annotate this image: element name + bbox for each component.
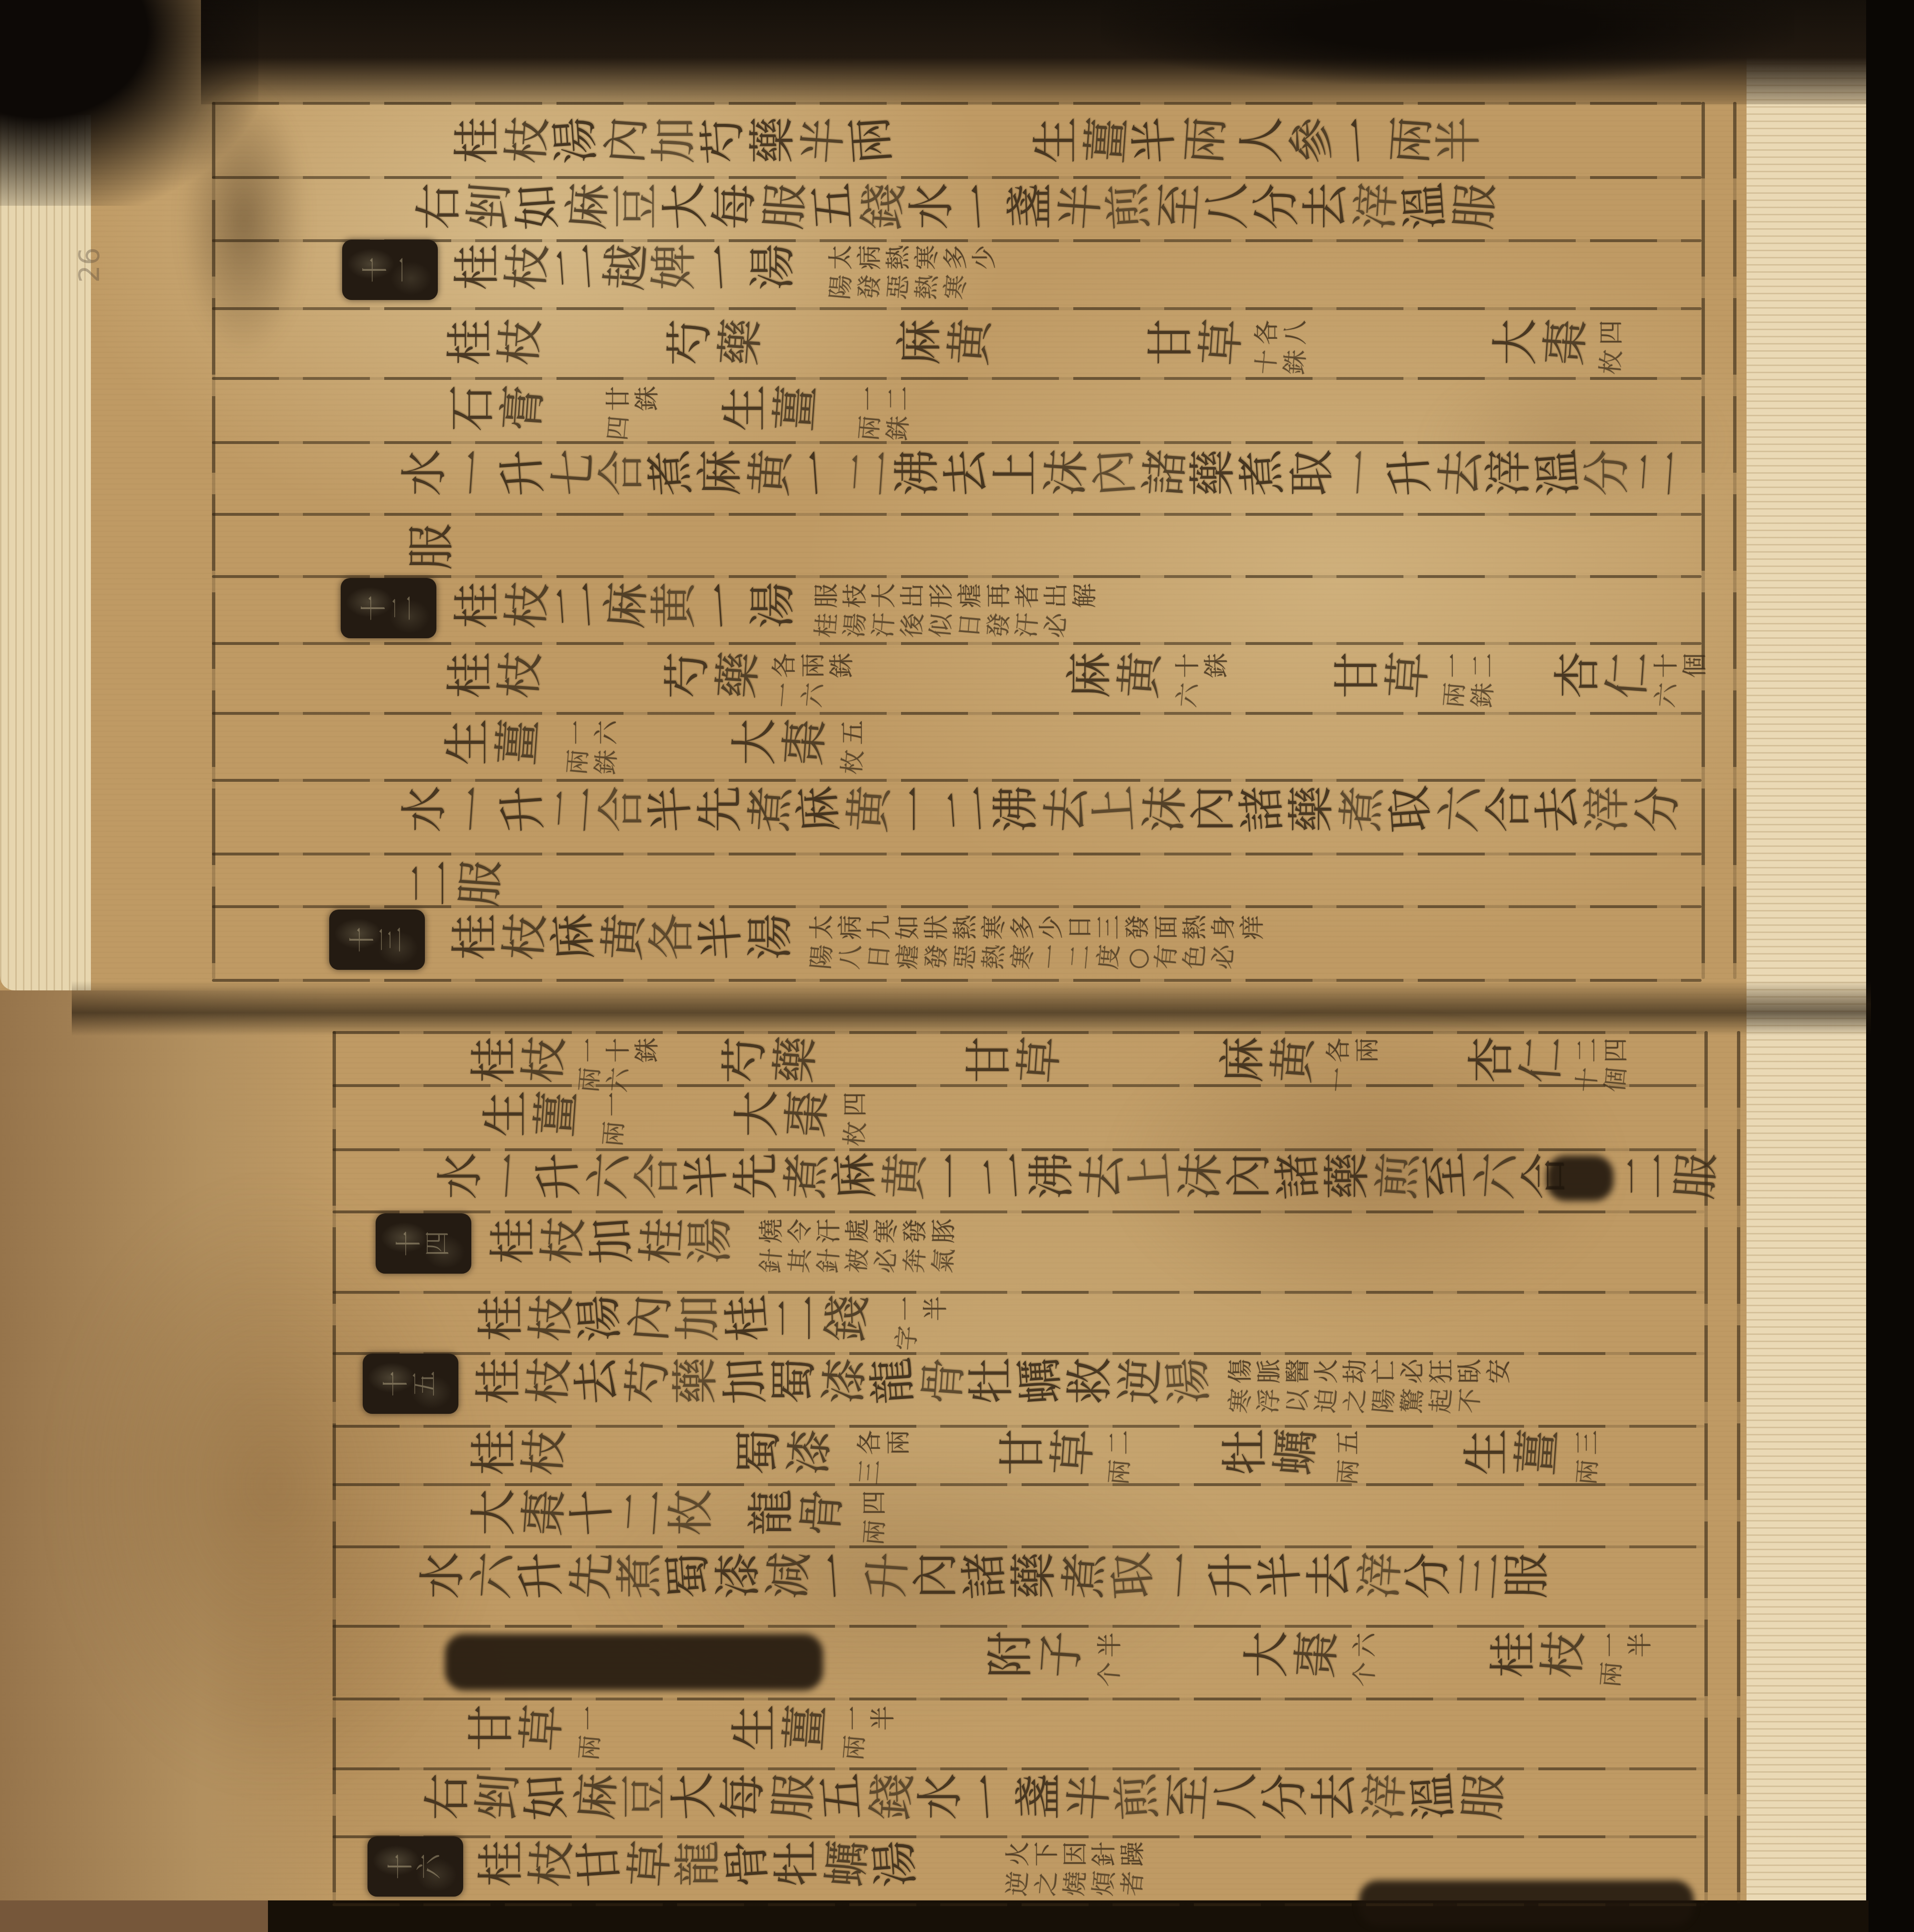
han-character: 去 bbox=[1309, 1774, 1361, 1820]
text-run: 水六升先煮蜀漆減一升內諸藥煮取一升半去滓分三服 bbox=[420, 1550, 1550, 1602]
han-character-small: 令 bbox=[787, 1215, 816, 1244]
han-character: 桂 bbox=[721, 1294, 775, 1343]
han-character-small: 十 bbox=[605, 1034, 634, 1063]
han-character: 桂 bbox=[488, 1218, 539, 1264]
ink-smudge bbox=[1547, 1155, 1614, 1201]
han-character: 生 bbox=[480, 1091, 532, 1137]
han-character: 內 bbox=[910, 1553, 962, 1599]
han-character: 諸 bbox=[958, 1551, 1013, 1600]
han-character-small: 針 bbox=[1091, 1838, 1120, 1866]
han-character-small: 驚 bbox=[1398, 1383, 1430, 1414]
han-character-small: 兩 bbox=[840, 1730, 872, 1761]
han-character-small: 一 bbox=[600, 1088, 630, 1117]
han-character-small: 兩 bbox=[599, 1116, 631, 1147]
han-character: 杏 bbox=[1466, 1037, 1518, 1083]
han-character: 芍 bbox=[720, 1037, 771, 1083]
han-character-small: 一 bbox=[576, 1702, 606, 1731]
han-character: 漆 bbox=[783, 1428, 838, 1477]
small-annotation: 一兩 bbox=[601, 1088, 629, 1147]
han-character: 麻 bbox=[1217, 1037, 1269, 1083]
han-character-small: 醫 bbox=[1284, 1355, 1314, 1384]
han-character: 草 bbox=[1046, 1428, 1101, 1477]
han-character-small: 發 bbox=[901, 1215, 931, 1244]
han-character-small: 不 bbox=[1456, 1383, 1488, 1414]
han-character-small: 五 bbox=[1335, 1426, 1364, 1455]
han-character: 薑 bbox=[530, 1090, 584, 1139]
han-character: 枚 bbox=[666, 1490, 717, 1536]
han-character: 分 bbox=[1402, 1551, 1456, 1600]
han-character-small: 陽 bbox=[1369, 1383, 1402, 1414]
text-run: 大棗 bbox=[1244, 1629, 1339, 1681]
seal-stamp: 十四 bbox=[376, 1213, 471, 1274]
seal-glyph: 十 bbox=[396, 1231, 422, 1256]
han-character: 水 bbox=[915, 1774, 967, 1820]
text-run: 大棗十二枚 bbox=[471, 1487, 714, 1539]
han-character: 生 bbox=[729, 1705, 781, 1751]
han-character-small: 因 bbox=[1062, 1838, 1091, 1866]
han-character: 牡 bbox=[966, 1358, 1018, 1404]
han-character: 甘 bbox=[964, 1037, 1015, 1083]
han-character: 內 bbox=[623, 1294, 678, 1344]
han-character: 子 bbox=[1035, 1631, 1089, 1680]
han-character: 桂 bbox=[476, 1296, 527, 1342]
han-character: 十 bbox=[566, 1488, 620, 1537]
han-character: 加 bbox=[585, 1216, 639, 1266]
han-character: 麻 bbox=[828, 1152, 882, 1201]
ruled-line bbox=[333, 1625, 1704, 1628]
han-character: 先 bbox=[565, 1552, 620, 1601]
han-character: 去 bbox=[1304, 1553, 1356, 1599]
han-character-small: 各 bbox=[1325, 1034, 1355, 1063]
han-character-small: 兩 bbox=[885, 1426, 914, 1455]
small-annotation: 一兩十六銖 bbox=[577, 1033, 663, 1093]
han-character: 水 bbox=[417, 1553, 469, 1599]
han-character: 六 bbox=[583, 1152, 637, 1201]
han-character: 附 bbox=[985, 1632, 1037, 1678]
han-character: 一 bbox=[1157, 1552, 1211, 1601]
han-character-small: 兩 bbox=[1354, 1034, 1383, 1063]
small-annotation: 一兩 bbox=[577, 1701, 605, 1761]
han-character-small: 起 bbox=[1427, 1383, 1459, 1414]
han-character: 服 bbox=[1669, 1152, 1724, 1201]
han-character-small: 六 bbox=[1351, 1629, 1381, 1657]
han-character-small: 一 bbox=[1324, 1062, 1356, 1093]
han-character-small: 兩 bbox=[1573, 1455, 1605, 1486]
text-run: 右剉如麻豆大每服五錢水一盞半煎至八分去滓溫服 bbox=[425, 1771, 1506, 1823]
han-character-small: 浮 bbox=[1255, 1383, 1287, 1414]
han-character-small: 針 bbox=[814, 1243, 846, 1274]
text-run: 甘草 bbox=[469, 1702, 564, 1754]
han-character-small: 被 bbox=[843, 1243, 875, 1274]
han-character: 大 bbox=[667, 1772, 722, 1821]
han-character: 薑 bbox=[779, 1704, 833, 1753]
small-annotation: 六个 bbox=[1352, 1628, 1380, 1688]
han-character: 草 bbox=[623, 1840, 678, 1889]
small-annotation: 一兩半 bbox=[1598, 1628, 1656, 1688]
han-character-small: 狂 bbox=[1428, 1355, 1458, 1384]
text-run: 桂枝甘草龍骨牡蠣湯 bbox=[478, 1838, 919, 1890]
han-character: 藥 bbox=[769, 1036, 823, 1085]
text-run: 大棗 bbox=[734, 1088, 830, 1140]
han-character-small: 銖 bbox=[634, 1034, 663, 1063]
han-character: 分 bbox=[1258, 1772, 1313, 1821]
ruled-line bbox=[333, 1545, 1704, 1548]
han-character: 蠣 bbox=[1269, 1428, 1324, 1477]
han-character: 生 bbox=[1461, 1430, 1513, 1476]
frame-line bbox=[1737, 1031, 1740, 1903]
text-run: 麻黄 bbox=[1220, 1034, 1315, 1086]
han-character-small: 火 bbox=[1004, 1838, 1034, 1866]
small-annotation: 各三兩 bbox=[857, 1426, 914, 1485]
text-run: 蜀漆 bbox=[737, 1427, 832, 1478]
han-character: 大 bbox=[732, 1091, 783, 1137]
han-character: 上 bbox=[1124, 1152, 1178, 1201]
small-annotation: 五兩 bbox=[1335, 1426, 1364, 1485]
han-character: 救 bbox=[1065, 1358, 1116, 1404]
han-character: 黄 bbox=[1267, 1036, 1321, 1085]
han-character-small: 針 bbox=[757, 1243, 789, 1274]
han-character: 薑 bbox=[1511, 1428, 1565, 1477]
small-annotation: 二兩 bbox=[1106, 1426, 1135, 1485]
han-character: 五 bbox=[815, 1772, 869, 1821]
han-character: 盞 bbox=[1013, 1774, 1065, 1820]
han-character: 桂 bbox=[468, 1430, 520, 1476]
han-character: 一 bbox=[810, 1551, 865, 1600]
text-run: 附子 bbox=[988, 1629, 1083, 1681]
han-character: 右 bbox=[422, 1774, 474, 1820]
text-run: 甘草 bbox=[967, 1034, 1062, 1086]
han-character-small: 脈 bbox=[1256, 1355, 1285, 1384]
han-character-small: 字 bbox=[892, 1321, 924, 1352]
small-annotation: 半个 bbox=[1097, 1628, 1125, 1688]
han-character: 枝 bbox=[518, 1428, 572, 1477]
han-character: 牡 bbox=[1220, 1430, 1271, 1476]
han-character: 桂 bbox=[1488, 1632, 1539, 1678]
han-character-small: 一 bbox=[576, 1034, 606, 1063]
han-character: 一 bbox=[963, 1772, 1017, 1821]
han-character-small: 半 bbox=[1096, 1629, 1126, 1657]
han-character: 取 bbox=[1106, 1551, 1160, 1600]
han-character-small: 汗 bbox=[815, 1215, 845, 1244]
han-character-small: 處 bbox=[844, 1215, 874, 1244]
han-character-small: 奔 bbox=[901, 1243, 933, 1274]
han-character-small: 各 bbox=[856, 1426, 886, 1455]
han-character-small: 氣 bbox=[929, 1243, 961, 1274]
han-character: 內 bbox=[1224, 1154, 1275, 1199]
han-character: 甘 bbox=[466, 1705, 518, 1751]
han-character: 蜀 bbox=[769, 1358, 821, 1404]
han-character-small: 兩 bbox=[1105, 1455, 1137, 1486]
han-character: 錢 bbox=[866, 1773, 920, 1822]
han-character: 煮 bbox=[614, 1553, 666, 1599]
ruled-line bbox=[333, 1210, 1704, 1213]
han-character-small: 豚 bbox=[930, 1215, 960, 1244]
small-annotation: 四兩 bbox=[861, 1486, 890, 1545]
ruled-line bbox=[333, 1903, 1704, 1906]
han-character-small: 一 bbox=[1598, 1629, 1627, 1657]
han-character: 錢 bbox=[821, 1294, 875, 1344]
han-character: 蜀 bbox=[734, 1430, 786, 1476]
han-character-small: 火 bbox=[1313, 1355, 1343, 1384]
ruled-line bbox=[333, 1698, 1704, 1700]
text-run: 桂枝去芍藥加蜀漆龍骨牡蠣救逆湯 bbox=[476, 1355, 1212, 1407]
seal-stamp: 十六 bbox=[367, 1836, 463, 1897]
han-character: 二 bbox=[976, 1152, 1030, 1201]
han-character: 蠣 bbox=[1014, 1356, 1068, 1406]
han-character: 枝 bbox=[518, 1036, 572, 1085]
han-character: 三 bbox=[1452, 1552, 1507, 1601]
han-character: 枝 bbox=[1537, 1631, 1591, 1680]
text-run: 芍藥 bbox=[723, 1034, 818, 1086]
text-run: 桂枝 bbox=[471, 1427, 567, 1478]
han-character-small: 一 bbox=[841, 1702, 870, 1731]
han-character-small: 傷 bbox=[1227, 1355, 1257, 1384]
frame-line bbox=[333, 1031, 336, 1903]
han-character: 升 bbox=[861, 1552, 915, 1601]
han-character: 桂 bbox=[468, 1037, 520, 1083]
han-character-small: 寒 bbox=[1226, 1383, 1258, 1414]
small-annotation: 四枚 bbox=[842, 1088, 871, 1147]
han-character: 加 bbox=[718, 1356, 773, 1406]
han-character: 牡 bbox=[771, 1841, 823, 1887]
han-character: 服 bbox=[1502, 1553, 1553, 1599]
text-run: 桂枝 bbox=[471, 1034, 567, 1086]
han-character: 甘 bbox=[997, 1430, 1049, 1476]
han-character-small: 三 bbox=[1574, 1426, 1603, 1455]
han-character: 龍 bbox=[673, 1841, 724, 1887]
han-character: 諸 bbox=[1271, 1152, 1326, 1201]
han-character: 豆 bbox=[619, 1774, 671, 1820]
small-annotation: 火逆下之因燒針煩躁者 bbox=[1005, 1837, 1148, 1897]
han-character: 桂 bbox=[473, 1358, 525, 1404]
han-character: 草 bbox=[1013, 1036, 1068, 1085]
text-run: 水一升六合半先煮麻黄一二沸去上沫內諸藥煎至六合 bbox=[438, 1151, 1568, 1202]
seal-glyph: 四 bbox=[425, 1231, 451, 1256]
han-character: 每 bbox=[718, 1774, 769, 1820]
han-character-small: 半 bbox=[922, 1292, 952, 1321]
han-character-small: 必 bbox=[1399, 1355, 1429, 1384]
han-character-small: 四 bbox=[1602, 1034, 1632, 1063]
han-character: 如 bbox=[519, 1772, 574, 1821]
han-character: 半 bbox=[1254, 1551, 1308, 1600]
han-character-small: 半 bbox=[869, 1702, 899, 1731]
han-character-small: 枚 bbox=[841, 1116, 873, 1147]
han-character-small: 逆 bbox=[1003, 1866, 1035, 1897]
han-character-small: 以 bbox=[1283, 1383, 1315, 1414]
seal-stamp: 十五 bbox=[363, 1354, 458, 1414]
han-character: 藥 bbox=[670, 1358, 722, 1404]
han-character-small: 個 bbox=[1602, 1062, 1634, 1093]
han-character-small: 四 bbox=[861, 1487, 890, 1515]
han-character-small: 兩 bbox=[1334, 1455, 1366, 1486]
han-character: 去 bbox=[570, 1356, 625, 1406]
han-character-small: 煩 bbox=[1090, 1866, 1122, 1897]
han-character: 藥 bbox=[1009, 1553, 1060, 1599]
text-run: 生薑 bbox=[1464, 1427, 1559, 1478]
seal-glyph: 六 bbox=[417, 1854, 443, 1879]
small-annotation: 各一兩 bbox=[1325, 1033, 1383, 1093]
han-character-small: 兩 bbox=[575, 1730, 607, 1761]
han-character: 湯 bbox=[868, 1839, 923, 1888]
small-annotation: 燒針令其汗針處被寒必發奔豚氣 bbox=[758, 1214, 959, 1274]
text-run: 牡蠣 bbox=[1223, 1427, 1318, 1478]
han-character: 蜀 bbox=[662, 1551, 717, 1600]
han-character: 升 bbox=[1206, 1553, 1257, 1599]
ruled-line bbox=[333, 1483, 1704, 1486]
han-character: 湯 bbox=[1162, 1356, 1216, 1406]
han-character: 一 bbox=[928, 1154, 979, 1199]
han-character-small: 燒 bbox=[1061, 1866, 1093, 1897]
han-character: 湯 bbox=[685, 1218, 736, 1264]
han-character-small: 劫 bbox=[1342, 1355, 1371, 1384]
han-character-small: 下 bbox=[1033, 1838, 1063, 1866]
ruled-line bbox=[333, 1767, 1704, 1770]
han-character: 二 bbox=[616, 1488, 671, 1538]
han-character-small: 个 bbox=[1350, 1657, 1382, 1688]
han-character: 服 bbox=[1457, 1773, 1512, 1822]
han-character-small: 臥 bbox=[1457, 1355, 1486, 1384]
han-character: 草 bbox=[515, 1704, 570, 1753]
small-annotation: 三兩 bbox=[1574, 1426, 1603, 1485]
han-character: 沸 bbox=[1026, 1154, 1078, 1199]
han-character-small: 十 bbox=[1573, 1062, 1605, 1093]
han-character: 二 bbox=[771, 1296, 823, 1342]
text-run: 生薑 bbox=[483, 1088, 579, 1140]
han-character: 大 bbox=[1241, 1632, 1293, 1678]
han-character-small: 躁 bbox=[1119, 1838, 1149, 1866]
han-character-small: 兩 bbox=[860, 1515, 892, 1546]
han-character: 加 bbox=[673, 1296, 724, 1342]
han-character: 八 bbox=[1211, 1774, 1262, 1820]
text-run: 二服 bbox=[1623, 1151, 1718, 1202]
han-character-small: 二 bbox=[1106, 1426, 1135, 1455]
han-character-small: 亡 bbox=[1370, 1355, 1400, 1384]
han-character-small: 其 bbox=[786, 1243, 818, 1274]
han-character-small: 兩 bbox=[1597, 1657, 1629, 1688]
han-character-small: 者 bbox=[1118, 1866, 1150, 1897]
han-character-small: 个 bbox=[1095, 1657, 1127, 1688]
han-character: 甘 bbox=[573, 1839, 627, 1888]
text-run: 桂枝湯內加桂二錢 bbox=[478, 1293, 869, 1344]
ink-smudge bbox=[445, 1634, 823, 1690]
han-character: 骨 bbox=[721, 1839, 775, 1888]
han-character-small: 二 bbox=[1574, 1034, 1603, 1063]
han-character-small: 燒 bbox=[758, 1215, 788, 1244]
text-run: 桂枝 bbox=[1491, 1629, 1586, 1681]
han-character: 桂 bbox=[476, 1841, 527, 1887]
han-character: 至 bbox=[1419, 1152, 1474, 1201]
han-character: 藥 bbox=[1322, 1154, 1374, 1199]
han-character-small: 三 bbox=[855, 1455, 887, 1486]
small-annotation: 一兩半 bbox=[841, 1701, 899, 1761]
han-character-small: 之 bbox=[1032, 1866, 1064, 1897]
small-annotation: 二十四個 bbox=[1574, 1033, 1632, 1093]
small-annotation: 一字半 bbox=[894, 1292, 951, 1351]
han-character-small: 半 bbox=[1626, 1629, 1656, 1657]
han-character: 半 bbox=[680, 1152, 734, 1201]
text-run: 甘草 bbox=[1000, 1427, 1095, 1478]
han-character: 至 bbox=[1161, 1773, 1216, 1822]
han-character-small: 必 bbox=[872, 1243, 904, 1274]
han-character: 龍 bbox=[746, 1490, 798, 1536]
han-character: 二 bbox=[1620, 1154, 1672, 1199]
small-annotation: 傷寒脈浮醫以火迫劫之亡陽必驚狂起臥不安 bbox=[1227, 1355, 1514, 1414]
han-character: 升 bbox=[514, 1551, 569, 1600]
han-character: 芍 bbox=[621, 1357, 676, 1406]
page-bottom: 桂枝一兩十六銖芍藥甘草麻黄各一兩杏仁二十四個生薑一兩大棗四枚水一升六合半先煮麻黄… bbox=[0, 0, 1914, 1932]
han-character-small: 寒 bbox=[873, 1215, 902, 1244]
han-character-small: 四 bbox=[842, 1088, 871, 1117]
han-character: 骨 bbox=[917, 1357, 971, 1406]
han-character: 煎 bbox=[1111, 1772, 1165, 1821]
han-character: 大 bbox=[468, 1490, 520, 1536]
han-character: 六 bbox=[1470, 1152, 1525, 1201]
han-character: 水 bbox=[435, 1154, 487, 1199]
text-run: 桂枝加桂湯 bbox=[490, 1215, 734, 1267]
seal-glyph: 十 bbox=[383, 1371, 409, 1397]
han-character: 湯 bbox=[573, 1294, 627, 1343]
han-character-small: 一 bbox=[893, 1292, 923, 1321]
han-character: 升 bbox=[532, 1152, 587, 1201]
han-character-small: 安 bbox=[1485, 1355, 1515, 1384]
han-character: 麻 bbox=[570, 1773, 624, 1822]
han-character: 溫 bbox=[1406, 1772, 1461, 1821]
han-character: 棗 bbox=[781, 1090, 835, 1139]
han-character: 先 bbox=[731, 1154, 782, 1199]
text-run: 生薑 bbox=[732, 1702, 827, 1754]
book-photo: 26 桂枝湯內加芍藥半兩生薑半兩人參一兩半右剉如麻豆大每服五錢水一盞半煎至八分去… bbox=[0, 0, 1914, 1932]
ruled-line bbox=[333, 1031, 1704, 1034]
han-character: 黄 bbox=[879, 1152, 933, 1201]
han-character-small: 迫 bbox=[1312, 1383, 1344, 1414]
seal-glyph: 五 bbox=[412, 1371, 438, 1397]
han-character: 龍 bbox=[866, 1356, 921, 1406]
han-character: 骨 bbox=[795, 1488, 850, 1538]
han-character-small: 之 bbox=[1341, 1383, 1373, 1414]
seal-glyph: 十 bbox=[388, 1854, 414, 1879]
han-character: 仁 bbox=[1515, 1036, 1570, 1085]
han-character: 棗 bbox=[1291, 1631, 1345, 1680]
han-character: 合 bbox=[632, 1154, 684, 1199]
text-run: 龍骨 bbox=[749, 1487, 844, 1539]
text-run: 杏仁 bbox=[1469, 1034, 1564, 1086]
han-character: 沫 bbox=[1174, 1152, 1229, 1201]
han-character: 漆 bbox=[713, 1553, 765, 1599]
han-character: 桂 bbox=[635, 1217, 690, 1266]
